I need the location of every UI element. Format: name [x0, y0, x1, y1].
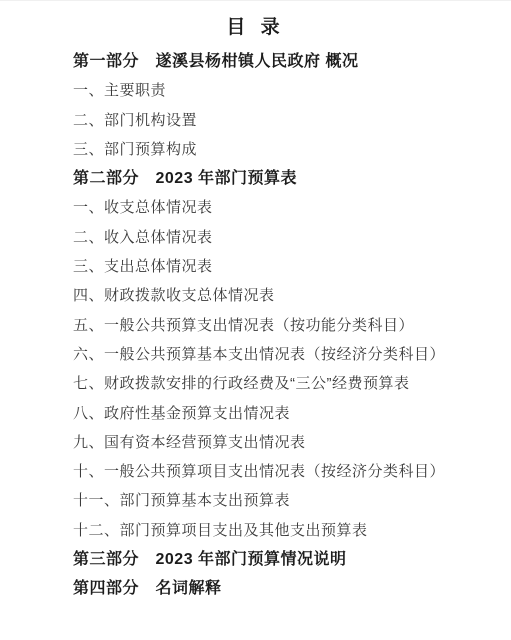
- toc-section-heading: 第一部分 遂溪县杨柑镇人民政府 概况: [0, 47, 511, 76]
- toc-section-heading: 第二部分 2023 年部门预算表: [0, 164, 511, 193]
- page-title: 目 录: [0, 1, 511, 40]
- toc-item: 六、一般公共预算基本支出情况表（按经济分类科目）: [0, 340, 511, 369]
- toc-item: 七、财政拨款安排的行政经费及“三公”经费预算表: [0, 369, 511, 398]
- toc-item: 三、支出总体情况表: [0, 252, 511, 281]
- toc-item: 八、政府性基金预算支出情况表: [0, 399, 511, 428]
- toc-section-heading: 第三部分 2023 年部门预算情况说明: [0, 545, 511, 574]
- document-page: 目 录 第一部分 遂溪县杨柑镇人民政府 概况一、主要职责二、部门机构设置三、部门…: [0, 0, 511, 640]
- toc-list: 第一部分 遂溪县杨柑镇人民政府 概况一、主要职责二、部门机构设置三、部门预算构成…: [0, 47, 511, 604]
- toc-item: 九、国有资本经营预算支出情况表: [0, 428, 511, 457]
- toc-item: 十、一般公共预算项目支出情况表（按经济分类科目）: [0, 457, 511, 486]
- toc-item: 一、主要职责: [0, 76, 511, 105]
- toc-item: 二、收入总体情况表: [0, 223, 511, 252]
- toc-item: 一、收支总体情况表: [0, 193, 511, 222]
- toc-item: 十一、部门预算基本支出预算表: [0, 486, 511, 515]
- toc-item: 二、部门机构设置: [0, 106, 511, 135]
- toc-item: 十二、部门预算项目支出及其他支出预算表: [0, 516, 511, 545]
- toc-item: 三、部门预算构成: [0, 135, 511, 164]
- toc-item: 四、财政拨款收支总体情况表: [0, 281, 511, 310]
- toc-item: 五、一般公共预算支出情况表（按功能分类科目）: [0, 311, 511, 340]
- toc-section-heading: 第四部分 名词解释: [0, 574, 511, 603]
